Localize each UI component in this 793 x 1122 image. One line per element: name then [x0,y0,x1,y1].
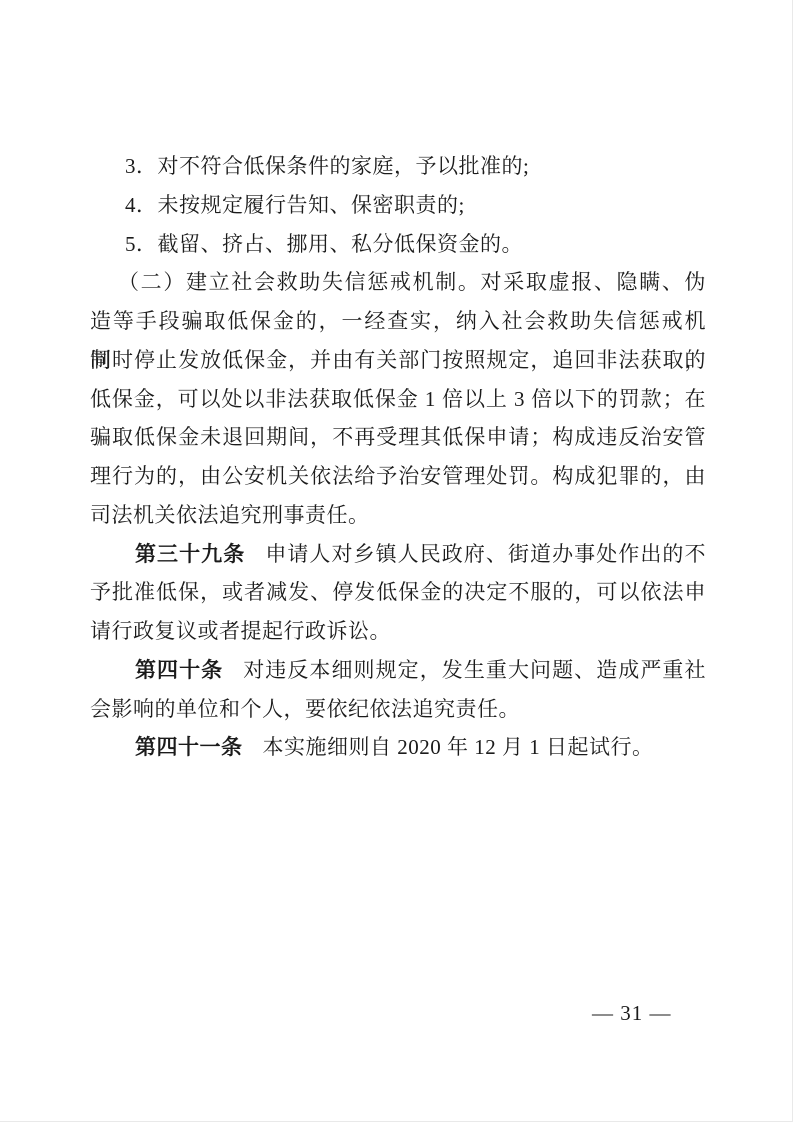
para-social-credit-line-2: 造等手段骗取低保金的，一经查实，纳入社会救助失信惩戒机制， [90,302,706,341]
document-page: 3．对不符合低保条件的家庭，予以批准的; 4．未按规定履行告知、保密职责的; 5… [0,0,793,1122]
article-39-line-1: 第三十九条申请人对乡镇人民政府、街道办事处作出的不 [90,535,706,574]
article-41-line-1: 第四十一条本实施细则自 2020 年 12 月 1 日起试行。 [90,728,706,767]
article-40-text: 对违反本细则规定，发生重大问题、造成严重社 [243,658,706,682]
article-40-number: 第四十条 [135,658,223,682]
article-39-line-2: 予批准低保，或者减发、停发低保金的决定不服的，可以依法申 [90,573,706,612]
list-item-4: 4．未按规定履行告知、保密职责的; [90,186,706,225]
article-41-text: 本实施细则自 2020 年 12 月 1 日起试行。 [263,735,654,759]
document-body: 3．对不符合低保条件的家庭，予以批准的; 4．未按规定履行告知、保密职责的; 5… [90,147,706,767]
article-39-number: 第三十九条 [135,542,245,566]
page-number: — 31 — [592,1001,672,1026]
para-social-credit-line-4: 低保金，可以处以非法获取低保金 1 倍以上 3 倍以下的罚款；在 [90,380,706,419]
para-social-credit-line-7: 司法机关依法追究刑事责任。 [90,496,706,535]
list-item-5: 5．截留、挤占、挪用、私分低保资金的。 [90,225,706,264]
article-41-number: 第四十一条 [135,735,243,759]
article-40-line-2: 会影响的单位和个人，要依纪依法追究责任。 [90,690,706,729]
article-40-line-1: 第四十条对违反本细则规定，发生重大问题、造成严重社 [90,651,706,690]
para-social-credit-line-1: （二）建立社会救助失信惩戒机制。对采取虚报、隐瞒、伪 [90,263,706,302]
para-social-credit-line-6: 理行为的，由公安机关依法给予治安管理处罚。构成犯罪的，由 [90,457,706,496]
list-item-3: 3．对不符合低保条件的家庭，予以批准的; [90,147,706,186]
article-39-text: 申请人对乡镇人民政府、街道办事处作出的不 [265,542,706,566]
para-social-credit-line-5: 骗取低保金未退回期间，不再受理其低保申请；构成违反治安管 [90,418,706,457]
article-39-line-3: 请行政复议或者提起行政诉讼。 [90,612,706,651]
para-social-credit-line-3: 同时停止发放低保金，并由有关部门按照规定，追回非法获取的 [90,341,706,380]
